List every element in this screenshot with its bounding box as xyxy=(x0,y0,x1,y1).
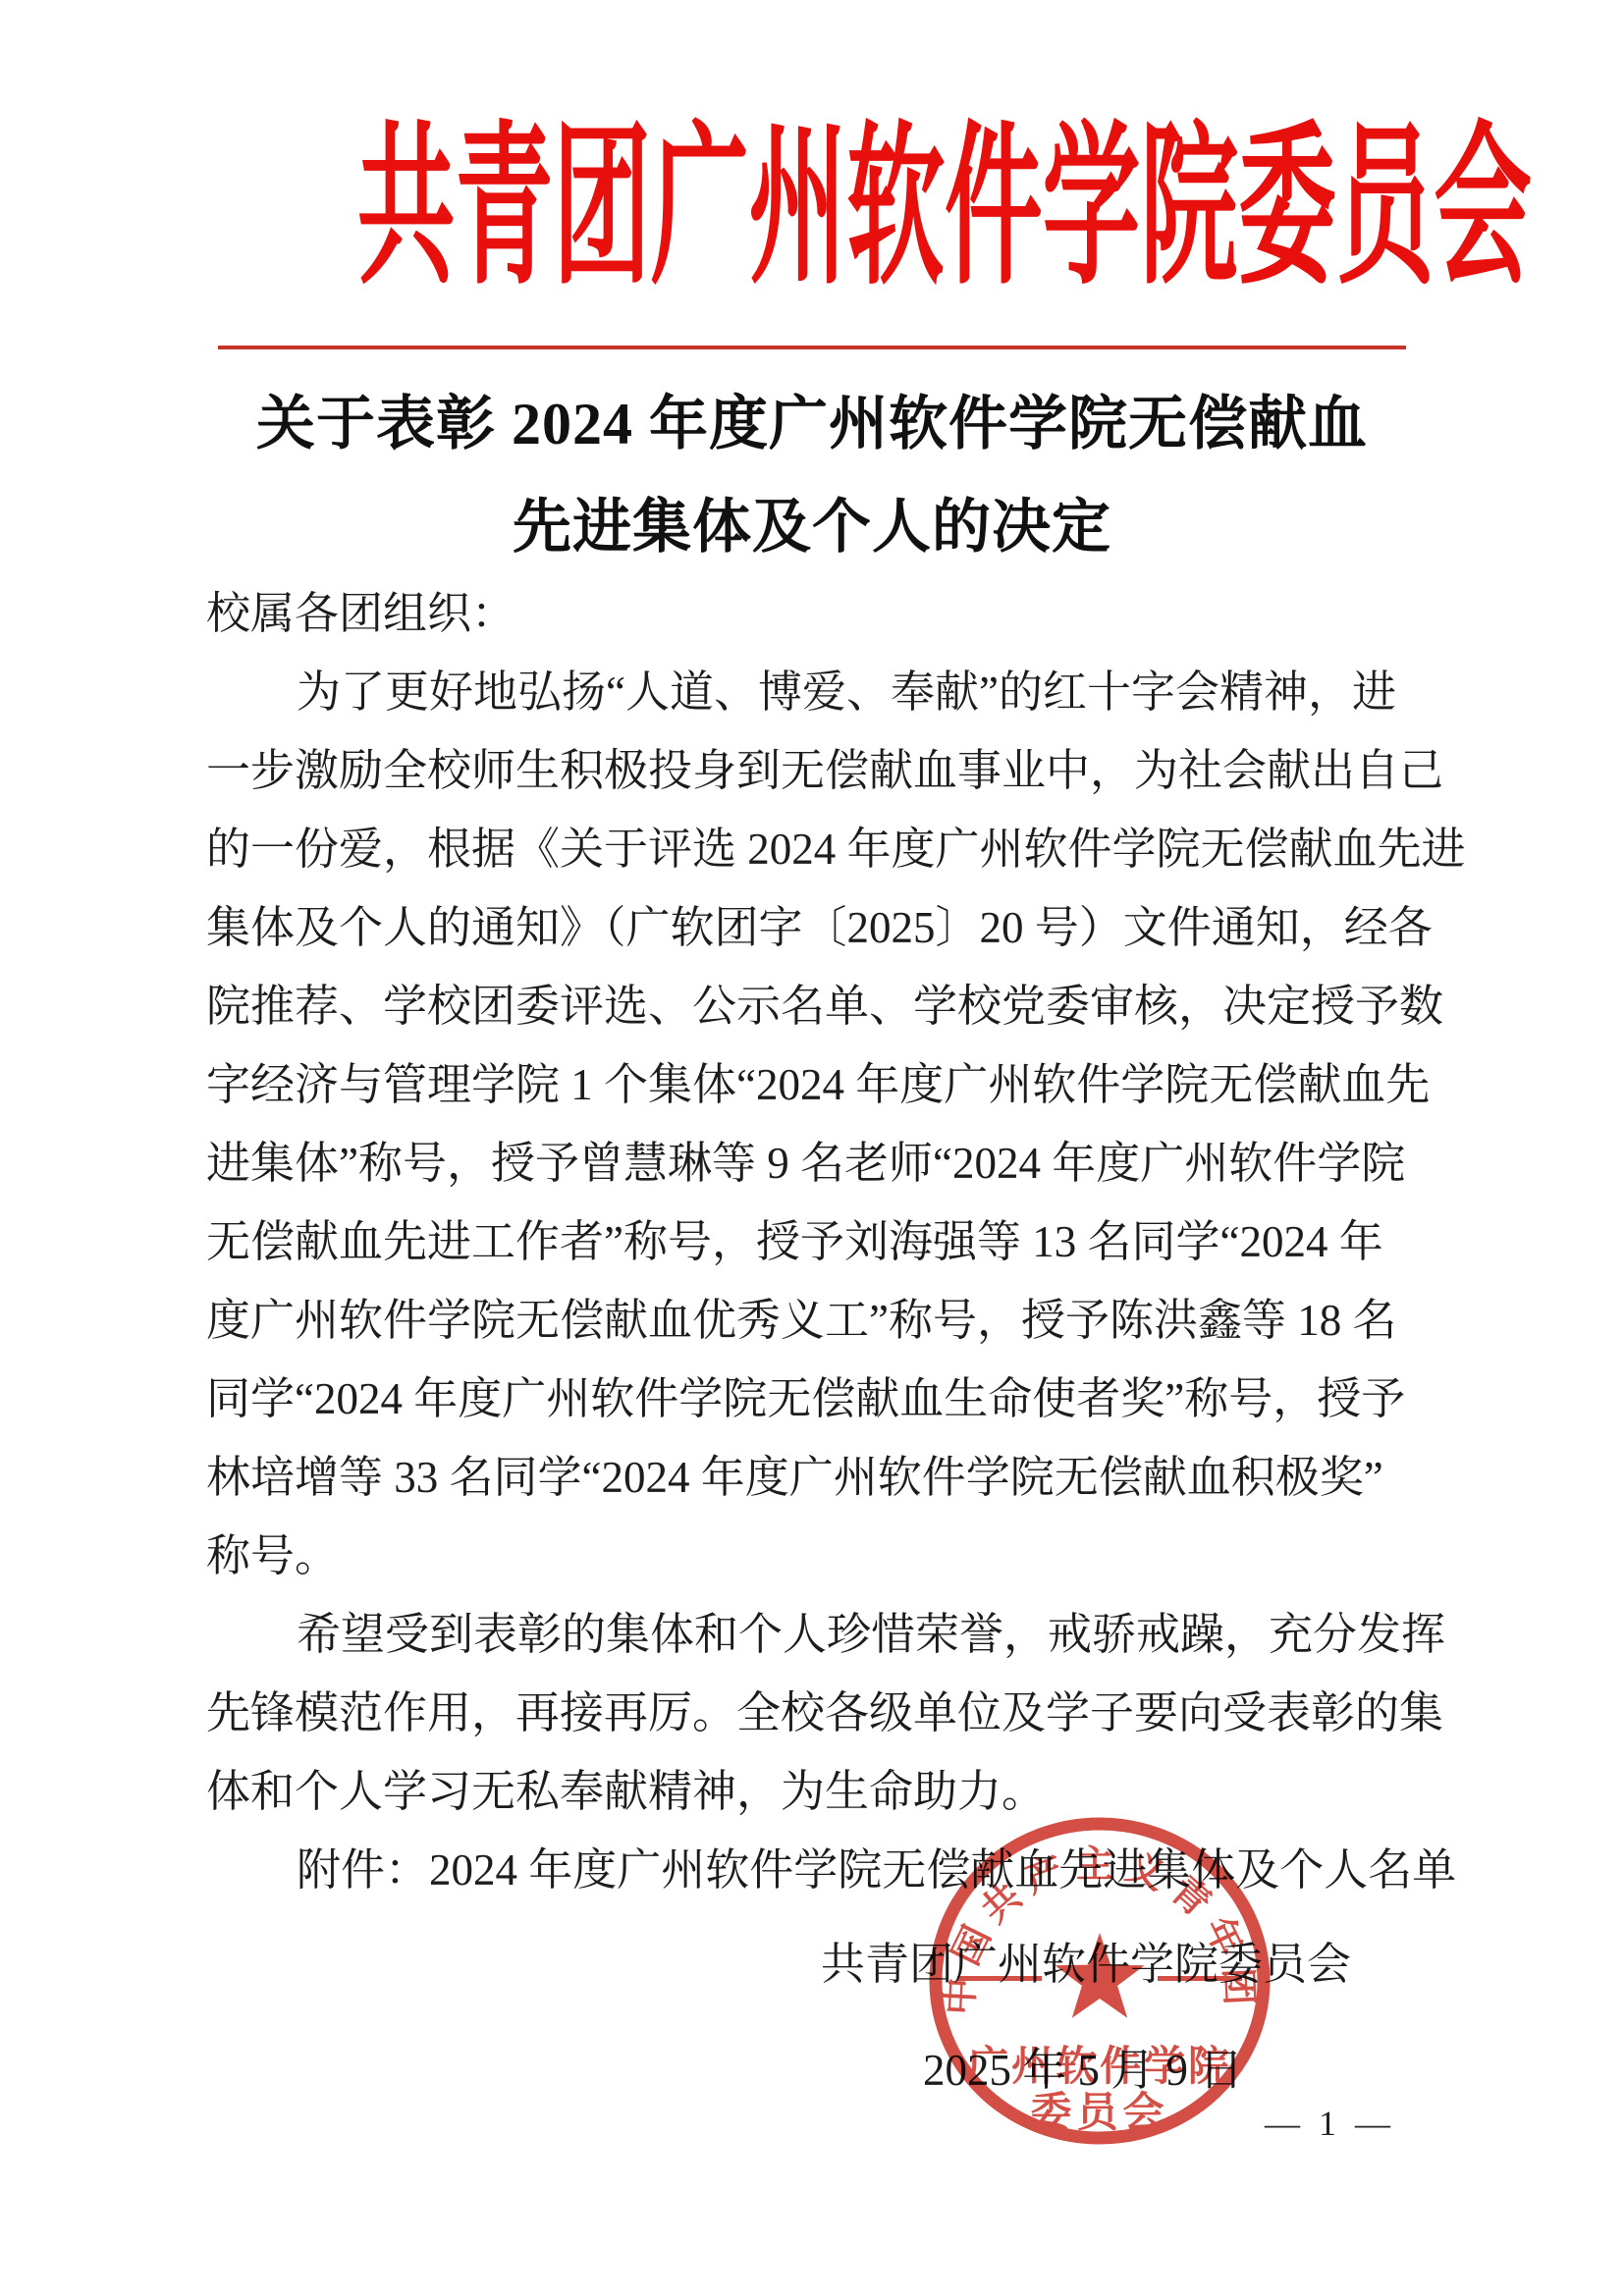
red-star-icon xyxy=(1055,1933,1144,2018)
body-line: 的一份爱，根据《关于评选 2024 年度广州软件学院无偿献血先进 xyxy=(206,810,1463,888)
body-line: 称号。 xyxy=(206,1517,1463,1595)
body-line: 无偿献血先进工作者”称号，授予刘海强等 13 名同学“2024 年 xyxy=(206,1202,1463,1281)
body-line: 进集体”称号，授予曾慧琳等 9 名老师“2024 年度广州软件学院 xyxy=(206,1124,1463,1202)
body-line: 字经济与管理学院 1 个集体“2024 年度广州软件学院无偿献血先 xyxy=(206,1045,1463,1124)
body-line: 林培增等 33 名同学“2024 年度广州软件学院无偿献血积极奖” xyxy=(206,1438,1463,1517)
document-title-line2: 先进集体及个人的决定 xyxy=(0,476,1624,579)
seal-org-text: 广州软件学院 xyxy=(967,2044,1232,2090)
body-line: 同学“2024 年度广州软件学院无偿献血生命使者奖”称号，授予 xyxy=(206,1360,1463,1438)
salutation-line: 校属各团组织： xyxy=(206,574,1463,653)
body-line: 集体及个人的通知》（广软团字〔2025〕20 号）文件通知，经各 xyxy=(206,888,1463,967)
seal-left-bar xyxy=(957,1976,1042,1981)
body-line: 一步激励全校师生积极投身到无偿献血事业中，为社会献出自己 xyxy=(206,731,1463,810)
body-line: 院推荐、学校团委评选、公示名单、学校党委审核，决定授予数 xyxy=(206,967,1463,1045)
seal-graphic: 中国共产主义青年团 广州软件学院 委员会 xyxy=(916,1808,1283,2156)
seal-right-bar xyxy=(1158,1976,1242,1981)
seal-sub-text: 委员会 xyxy=(1030,2090,1168,2136)
body-line: 为了更好地弘扬“人道、博爱、奉献”的红十字会精神，进 xyxy=(206,653,1463,731)
red-divider-line xyxy=(218,346,1406,349)
body-line: 希望受到表彰的集体和个人珍惜荣誉，戒骄戒躁，充分发挥 xyxy=(206,1595,1463,1674)
letterhead-title: 共青团广州软件学院委员会 xyxy=(357,104,1267,312)
official-seal: 中国共产主义青年团 广州软件学院 委员会 xyxy=(916,1808,1283,2156)
page-number: — 1 — xyxy=(1265,2103,1395,2144)
body-line: 先锋模范作用，再接再厉。全校各级单位及学子要向受表彰的集 xyxy=(206,1674,1463,1752)
document-title-line1: 关于表彰 2024 年度广州软件学院无偿献血 xyxy=(0,373,1624,476)
body-line: 度广州软件学院无偿献血优秀义工”称号，授予陈洪鑫等 18 名 xyxy=(206,1281,1463,1360)
document-page: { "header": { "text": "共青团广州软件学院委员会" }, … xyxy=(0,0,1624,2296)
document-title: 关于表彰 2024 年度广州软件学院无偿献血 先进集体及个人的决定 xyxy=(0,373,1624,579)
document-body: 校属各团组织： 为了更好地弘扬“人道、博爱、奉献”的红十字会精神，进 一步激励全… xyxy=(206,574,1463,1909)
